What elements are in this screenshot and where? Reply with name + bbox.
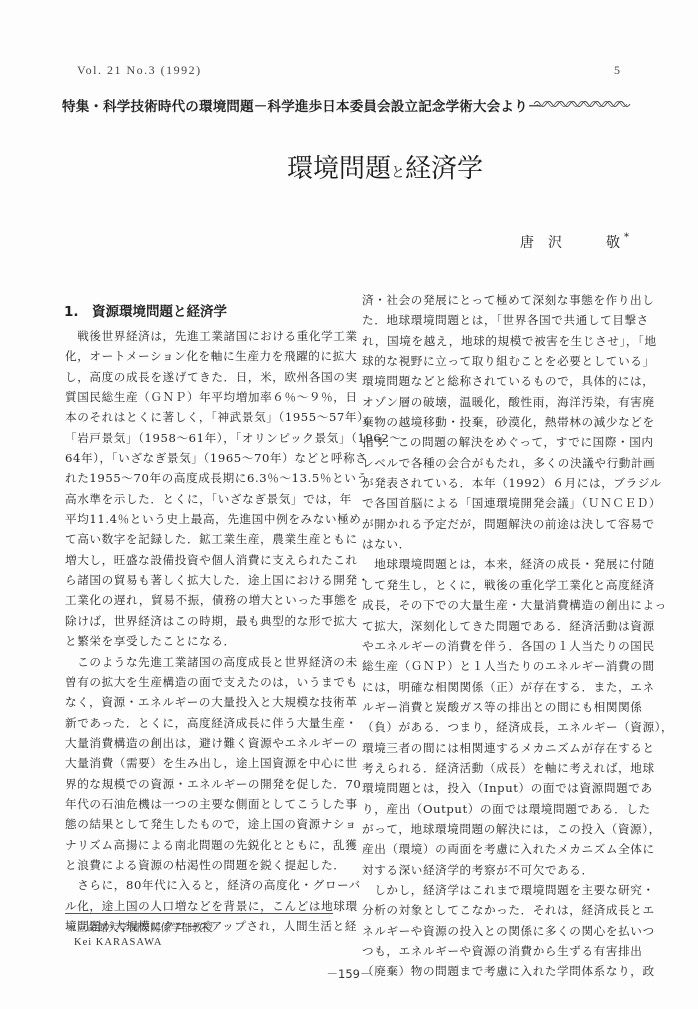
text-line: 棄物の越境移動・投棄，砂漠化，熱帯林の減少などを — [362, 412, 634, 432]
text-line: 本のそれはとくに著しく，「神武景気」（1955～57年）， — [65, 407, 335, 427]
text-line: 産出（環境）の両面を考慮に入れたメカニズム全体に — [362, 839, 634, 859]
text-line: やエネルギーの消費を伴う．各国の１人当たりの国民 — [362, 636, 634, 656]
text-line: 成長，その下での大量生産・大量消費構造の創出によっ — [362, 595, 634, 615]
author-family-name: 唐 沢 — [520, 235, 562, 251]
title-part-1: 環境問題 — [287, 154, 391, 184]
journal-page-number: 5 — [614, 63, 620, 78]
text-line: 環境問題とは，投入（Input）の面では資源問題であ — [362, 778, 634, 798]
text-line: 界的な規模での資源・エネルギーの開発を促した．70 — [65, 774, 335, 794]
text-line: と繁栄を享受したことになる． — [65, 631, 335, 651]
text-line: た．地球環境問題とは，「世界各国で共通して目撃さ — [362, 310, 634, 330]
text-line: （負）がある．つまり，経済成長，エネルギー（資源）， — [362, 717, 634, 737]
text-line: しかし，経済学はこれまで環境問題を主要な研究・ — [362, 880, 634, 900]
text-line: し，高度の成長を遂げてきた．日，米，欧州各国の実 — [65, 367, 335, 387]
text-line: 高水準を示した．とくに，「いざなぎ景気」では，年 — [65, 489, 335, 509]
text-line: 地球環境問題とは，本来，経済の成長・発展に付随 — [362, 554, 634, 574]
text-line: なく，資源・エネルギーの大量投入と大規模な技術革 — [65, 692, 335, 712]
footnote-romanized-name: Kei KARASAWA — [74, 937, 162, 948]
text-line: オゾン層の破壊，温暖化，酸性雨，海洋汚染，有害廃 — [362, 392, 634, 412]
footnote-affiliation: ＊立命館大学国際関係学部教授 — [66, 920, 213, 935]
text-line: 指す．この問題の解決をめぐって，すでに国際・国内 — [362, 432, 634, 452]
author-given-name: 敬 — [606, 235, 620, 251]
text-line: 「岩戸景気」（1958～61年），「オリンピック景気」（1962～ — [65, 428, 335, 448]
text-line: 曽有の拡大を生産構造の面で支えたのは，いうまでも — [65, 672, 335, 692]
text-line: さらに，80年代に入ると，経済の高度化・グローバ — [65, 875, 335, 895]
text-line: して発生し，とくに，戦後の重化学工業化と高度経済 — [362, 575, 634, 595]
title-part-2: 経済学 — [405, 154, 483, 184]
article-title: 環境問題と経済学 — [0, 148, 698, 185]
text-line: 球的な視野に立って取り組むことを必要としている」 — [362, 351, 634, 371]
text-line: には，明確な相関関係（正）が存在する．また，エネ — [362, 677, 634, 697]
text-line: で各国首脳による「国連環境開発会議」（ＵＮＣＥＤ） — [362, 493, 634, 513]
text-line: 態の結果として発生したもので，途上国の資源ナショ — [65, 814, 335, 834]
text-line: 分析の対象としてこなかった．それは，経済成長とエ — [362, 900, 634, 920]
title-connector: と — [391, 165, 405, 181]
text-line: ルギー消費と炭酸ガス等の排出との間にも相関関係 — [362, 697, 634, 717]
author-footnote-mark: * — [624, 232, 629, 243]
text-line: れた1955～70年の高度成長期に6.3％～13.5％という — [65, 468, 335, 488]
text-line: 除けば，世界経済はこの時期，最も典型的な形で拡大 — [65, 611, 335, 631]
text-line: ネルギーや資源の投入との関係に多くの関心を払いつ — [362, 921, 634, 941]
text-line: 大量消費（需要）を生み出し，途上国資源を中心に世 — [65, 753, 335, 773]
text-line: り，産出（Output）の面では環境問題である．した — [362, 799, 634, 819]
text-line: と浪費による資源の枯渇性の問題を鋭く提起した． — [65, 855, 335, 875]
text-line: 環境問題などと総称されているもので，具体的には， — [362, 371, 634, 391]
text-line: て高い数字を記録した．鉱工業生産，農業生産ともに — [65, 529, 335, 549]
footnote-divider — [65, 913, 333, 914]
text-line: 年代の石油危機は一つの主要な側面としてこうした事 — [65, 794, 335, 814]
text-line: 総生産（ＧＮＰ）と１人当たりのエネルギー消費の間 — [362, 656, 634, 676]
text-line: 増大し，旺盛な設備投資や個人消費に支えられたこれ — [65, 550, 335, 570]
text-line: 新であった．とくに，高度経済成長に伴う大量生産・ — [65, 713, 335, 733]
text-line: て拡大，深刻化してきた問題である．経済活動は資源 — [362, 616, 634, 636]
page-number: －159－ — [0, 966, 698, 982]
wave-ornament-icon — [534, 98, 632, 110]
text-line: 対する深い経済学的考察が不可欠である． — [362, 860, 634, 880]
text-line: が開かれる予定だが，問題解決の前途は決して容易で — [362, 514, 634, 534]
text-line: レベルで各種の会合がもたれ，多くの決議や行動計画 — [362, 453, 634, 473]
author-byline: 唐 沢敬* — [520, 232, 629, 252]
section-heading: 1.資源環境問題と経済学 — [64, 300, 227, 320]
text-line: 64年），「いざなぎ景気」（1965～70年）などと呼称さ — [65, 448, 335, 468]
text-line: が発表されている．本年（1992）６月には，ブラジル — [362, 473, 634, 493]
section-number: 1. — [64, 304, 92, 320]
right-column-body: 済・社会の発展にとって極めて深刻な事態を作り出した．地球環境問題とは，「世界各国… — [362, 290, 634, 982]
text-line: 化，オートメーション化を軸に生産力を飛躍的に拡大 — [65, 346, 335, 366]
text-line: 大量消費構造の創出は，避け難く資源やエネルギーの — [65, 733, 335, 753]
text-line: ら諸国の貿易も著しく拡大した．途上国における開発・ — [65, 570, 335, 590]
left-column-body: 戦後世界経済は，先進工業諸国における重化学工業化，オートメーション化を軸に生産力… — [65, 326, 335, 936]
text-line: つも，エネルギーや資源の消費から生ずる有害排出 — [362, 941, 634, 961]
section-title: 資源環境問題と経済学 — [92, 304, 227, 320]
journal-volume: Vol. 21 No.3 (1992) — [77, 63, 202, 78]
text-line: 済・社会の発展にとって極めて深刻な事態を作り出し — [362, 290, 634, 310]
text-line: れ，国境を越え，地球的規模で被害を生じさせ」，「地 — [362, 331, 634, 351]
text-line: 工業化の遅れ，貿易不振，債務の増大といった事態を — [65, 590, 335, 610]
text-line: ナリズム高揚による南北問題の先鋭化とともに，乱獲 — [65, 835, 335, 855]
text-line: このような先進工業諸国の高度成長と世界経済の未 — [65, 652, 335, 672]
text-line: 質国民総生産（ＧＮＰ）年平均増加率６％～９％，日 — [65, 387, 335, 407]
text-line: がって，地球環境問題の解決には，この投入（資源）， — [362, 819, 634, 839]
series-title: 特集・科学技術時代の環境問題－科学進歩日本委員会設立記念学術大会より－ — [62, 95, 542, 115]
text-line: 環境三者の間には相関連するメカニズムが存在すると — [362, 738, 634, 758]
text-line: はない． — [362, 534, 634, 554]
text-line: 平均11.4％という史上最高，先進国中例をみない極め — [65, 509, 335, 529]
text-line: 戦後世界経済は，先進工業諸国における重化学工業 — [65, 326, 335, 346]
text-line: 考えられる．経済活動（成長）を軸に考えれば，地球 — [362, 758, 634, 778]
